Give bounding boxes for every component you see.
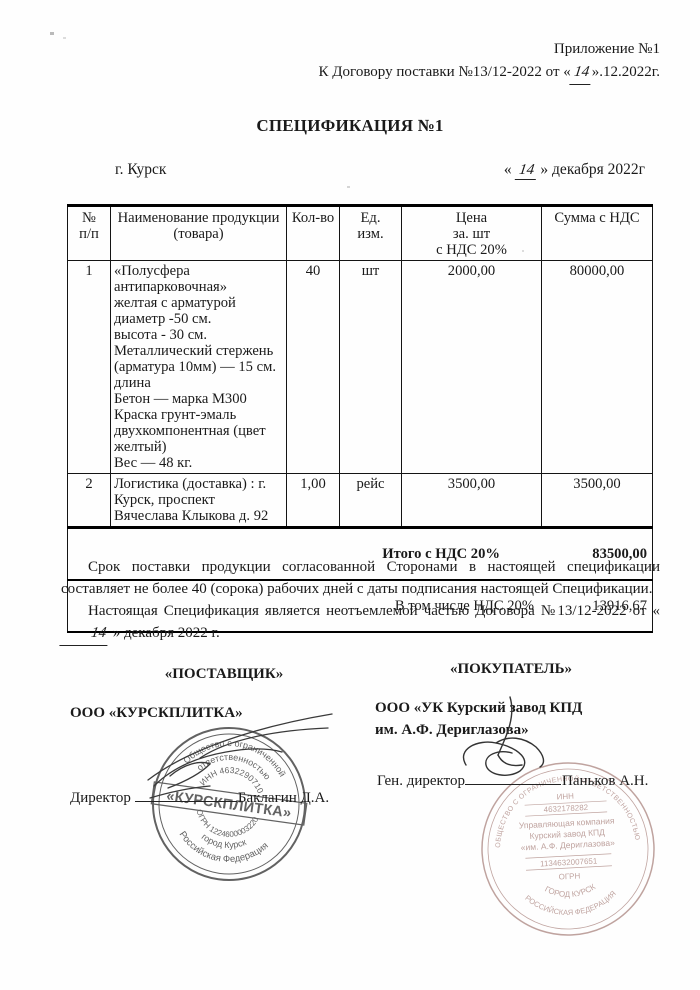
- row1-sum: 80000,00: [542, 261, 653, 474]
- delivery-term-paragraph: Срок поставки продукции согласованной Ст…: [61, 557, 660, 600]
- contract-ref-prefix: К Договору поставки №13/12-2022 от «: [319, 64, 571, 80]
- row1-number: 1: [68, 261, 111, 474]
- col-header-quantity: Кол-во: [287, 206, 340, 261]
- scanned-specification-page: Приложение №1 К Договору поставки №13/12…: [0, 0, 700, 990]
- buyer-role-title: «ПОКУПАТЕЛЬ»: [375, 661, 647, 678]
- row2-price: 3500,00: [402, 474, 542, 528]
- terms-section: Срок поставки продукции согласованной Ст…: [61, 557, 660, 646]
- page-title: СПЕЦИФИКАЦИЯ №1: [0, 116, 700, 136]
- buyer-signer-name: Паньков А.Н.: [561, 773, 648, 790]
- date-prefix: «: [504, 161, 512, 178]
- table-header-row: № п/п Наименование продукции (товара) Ко…: [68, 206, 653, 261]
- supplier-position-label: Директор: [70, 790, 131, 807]
- col-header-sum: Сумма с НДС: [542, 206, 653, 261]
- row1-price: 2000,00: [402, 261, 542, 474]
- table-row: 1 «Полусфера антипарковочная» желтая с а…: [68, 261, 653, 474]
- integral-part-paragraph: Настоящая Спецификация является неотъемл…: [61, 601, 660, 645]
- stamp-ogrn-label: ОГРН: [558, 871, 580, 881]
- stamp-arc-text: ГОРОД КУРСК: [543, 882, 598, 901]
- handwritten-day: 14: [569, 61, 593, 85]
- row2-unit: рейс: [340, 474, 402, 528]
- row1-unit: шт: [340, 261, 402, 474]
- p2-prefix: Настоящая Спецификация является неотъемл…: [88, 603, 660, 619]
- scan-speck: [50, 32, 54, 35]
- buyer-autograph: [448, 693, 573, 798]
- row2-quantity: 1,00: [287, 474, 340, 528]
- document-header: Приложение №1 К Договору поставки №13/12…: [319, 38, 660, 85]
- appendix-label: Приложение №1: [319, 38, 660, 61]
- col-header-product: Наименование продукции (товара): [111, 206, 287, 261]
- col-header-number: № п/п: [68, 206, 111, 261]
- scan-speck: [347, 186, 350, 188]
- contract-reference-line: К Договору поставки №13/12-2022 от «14».…: [319, 61, 660, 85]
- handwritten-day: 14: [59, 623, 110, 646]
- row1-product-description: «Полусфера антипарковочная» желтая с арм…: [111, 261, 287, 474]
- supplier-role-title: «ПОСТАВЩИК»: [70, 666, 378, 683]
- supplier-autograph: [140, 708, 340, 803]
- city-label: г. Курск: [115, 161, 166, 179]
- row2-product-description: Логистика (доставка) : г. Курск, проспек…: [111, 474, 287, 528]
- handwritten-day: 14: [514, 162, 538, 180]
- col-header-price: Цена за. шт с НДС 20%: [402, 206, 542, 261]
- p2-suffix: » декабря 2022 г.: [113, 625, 220, 641]
- table-row: 2 Логистика (доставка) : г. Курск, просп…: [68, 474, 653, 528]
- date-line: « 14 » декабря 2022г: [504, 161, 645, 180]
- svg-text:ГОРОД КУРСК: ГОРОД КУРСК: [543, 882, 598, 901]
- stamp-inn-value: 4632178282: [543, 803, 588, 814]
- row1-quantity: 40: [287, 261, 340, 474]
- col-header-unit: Ед. изм.: [340, 206, 402, 261]
- contract-ref-suffix: ».12.2022г.: [592, 64, 660, 80]
- scan-speck: [63, 37, 66, 39]
- date-suffix: » декабря 2022г: [540, 161, 645, 178]
- row2-sum: 3500,00: [542, 474, 653, 528]
- row2-number: 2: [68, 474, 111, 528]
